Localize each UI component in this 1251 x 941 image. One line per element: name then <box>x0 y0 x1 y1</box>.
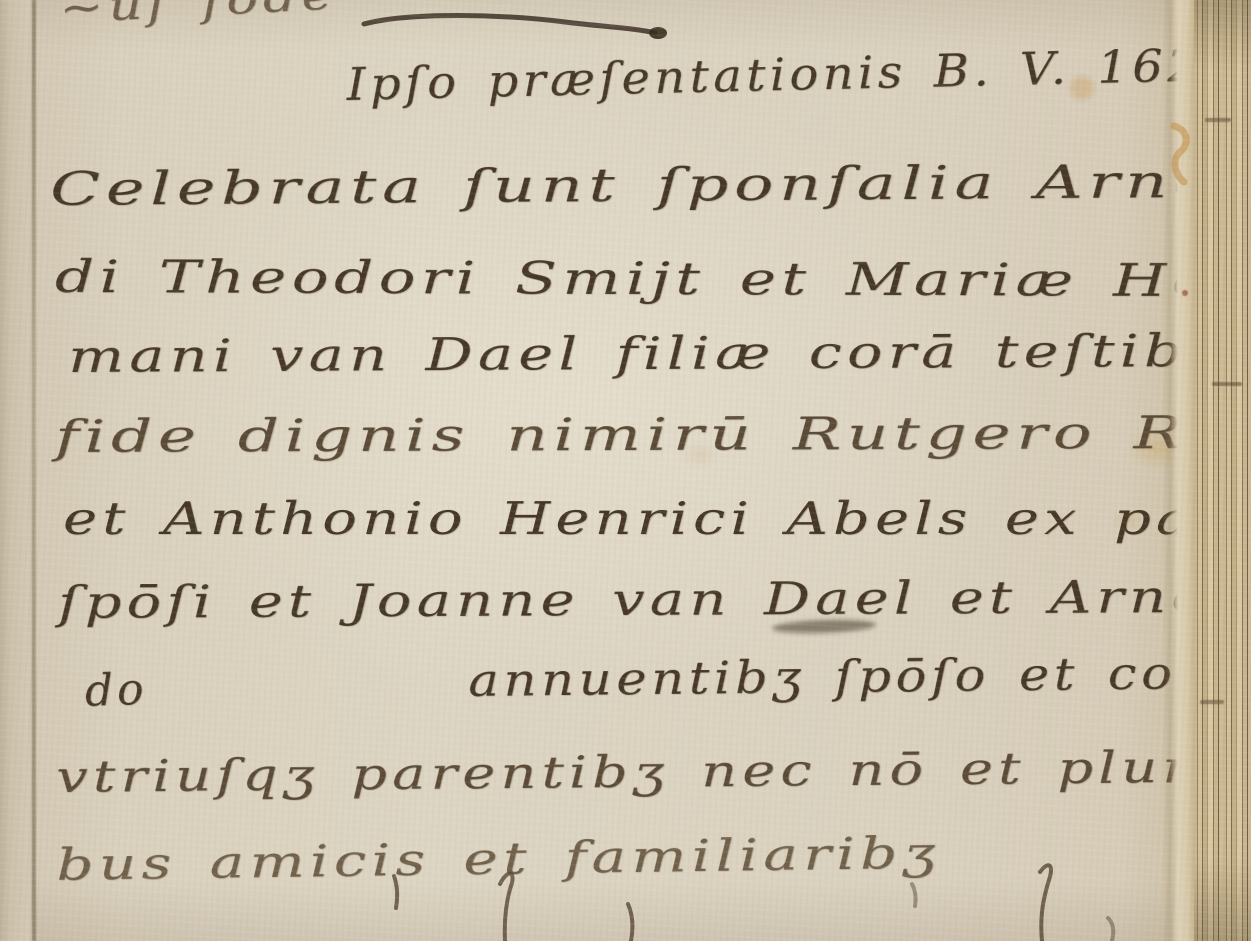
handwritten-line-4: fide dignis nimirū Rutgero Rex <box>55 406 1251 463</box>
manuscript-page-scan: ~uſ ſode Ipſo præſentationis B. V. 1629 … <box>0 0 1251 941</box>
page-crease-line <box>32 0 36 941</box>
next-entry-ascender-strokes <box>0 858 1251 941</box>
handwritten-line-8: vtriuſqʒ parentibʒ nec nō et pluri <box>56 742 1217 803</box>
handwritten-line-5: et Anthonio Henrici Abels ex part <box>63 492 1251 545</box>
handwritten-line-7: annuentibʒ ſpōſo et corā <box>468 646 1241 707</box>
handwritten-word-do: do <box>84 664 148 717</box>
handwritten-line-2: di Theodori Smijt et Mariæ Herr <box>55 250 1251 307</box>
handwritten-line-3: mani van Dael filiæ corā teſtibʒ <box>68 324 1225 383</box>
separator-pen-stroke <box>350 0 690 52</box>
handwritten-line-6: ſpōſi et Joanne van Dael et Arnol <box>58 570 1235 629</box>
edge-stain <box>1166 120 1196 190</box>
fore-edge-mark <box>1212 382 1242 386</box>
handwritten-line-1: Celebrata ſunt ſponſalia Arnol <box>50 154 1245 216</box>
fore-edge-mark <box>1200 700 1224 704</box>
page-gutter-shadow <box>0 0 34 941</box>
handwritten-line-fragment-top: ~uſ ſode <box>58 0 339 33</box>
fore-edge-mark <box>1205 118 1231 122</box>
book-fore-edge-pages <box>1194 0 1251 941</box>
red-fleck <box>1182 290 1188 296</box>
